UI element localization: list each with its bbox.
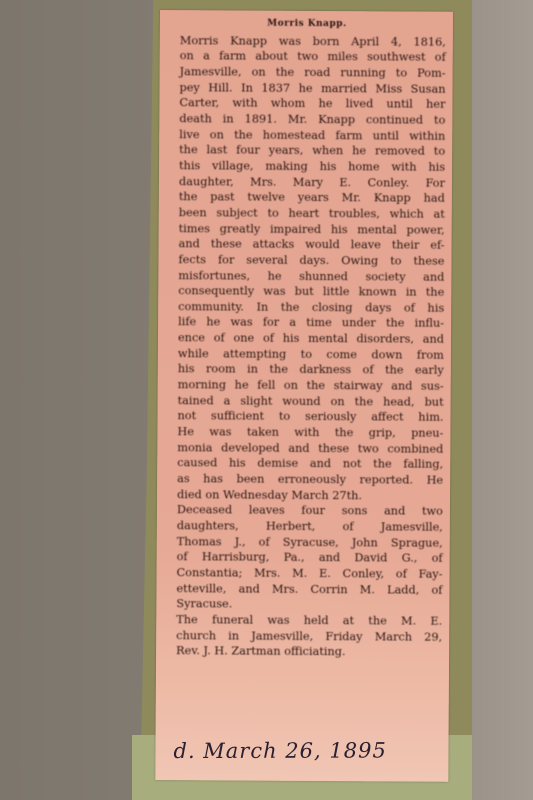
article-line: misfortunes, he shunned society and <box>166 268 444 285</box>
article-line: been subject to heart troubles, which at <box>167 205 445 222</box>
article-line: not sufficient to seriously affect him. <box>165 408 443 425</box>
background-wall-right <box>472 0 533 800</box>
article-line: caused his demise and not the falling, <box>165 455 443 472</box>
article-line: and these attacks would leave their ef- <box>167 236 445 253</box>
article-line: monia developed and these two combined <box>165 440 443 457</box>
article-line: church in Jamesville, Friday March 29, <box>164 628 442 645</box>
article-line: death in 1891. Mr. Knapp continued to <box>167 111 445 128</box>
article-line: life he was for a time under the influ- <box>166 315 444 332</box>
article-line: ence of one of his mental disorders, and <box>166 330 444 347</box>
article-line: tained a slight wound on the head, but <box>166 393 444 410</box>
article-line: morning he fell on the stairway and sus- <box>166 377 444 394</box>
article-line: of Harrisburg, Pa., and David G., of <box>165 549 443 566</box>
article-line: Morris Knapp was born April 4, 1816, <box>168 33 446 50</box>
article-line: times greatly impaired his mental power, <box>167 221 445 238</box>
article-line: Rev. J. H. Zartman officiating. <box>164 643 442 660</box>
paragraph-survivors: Deceased leaves four sons and twodaughte… <box>164 502 443 613</box>
paragraph-funeral: The funeral was held at the M. E.church … <box>164 612 442 661</box>
article-line: pey Hill. In 1837 he married Miss Susan <box>167 80 445 97</box>
article-line: died on Wednesday March 27th. <box>165 487 443 504</box>
article-line: his room in the darkness of the early <box>166 361 444 378</box>
article-line: live on the homestead farm until within <box>167 127 445 144</box>
article-line: Thomas J., of Syracuse, John Sprague, <box>165 534 443 551</box>
article-line: this village, making his home with his <box>167 158 445 175</box>
article-line: Syracuse. <box>164 596 442 613</box>
article-line: daughters, Herbert, of Jamesville, <box>165 518 443 535</box>
article-line: while attempting to come down from <box>166 346 444 363</box>
article-line: as has been erroneously reported. He <box>165 471 443 488</box>
article-line: The funeral was held at the M. E. <box>164 612 442 629</box>
headline: Morris Knapp. <box>168 16 446 33</box>
article-line: etteville, and Mrs. Corrin M. Ladd, of <box>164 581 442 598</box>
obituary-article: Morris Knapp. Morris Knapp was born Apri… <box>164 14 446 661</box>
article-line: He was taken with the grip, pneu- <box>165 424 443 441</box>
article-line: Constantia; Mrs. M. E. Conley, of Fay- <box>165 565 443 582</box>
newspaper-clipping: Morris Knapp. Morris Knapp was born Apri… <box>155 10 453 782</box>
paragraph-biography: Morris Knapp was born April 4, 1816,on a… <box>165 33 446 504</box>
article-line: the last four years, when he removed to <box>167 142 445 159</box>
article-line: Jamesville, on the road running to Pom- <box>168 64 446 81</box>
article-line: on a farm about two miles southwest of <box>168 48 446 65</box>
article-line: daughter, Mrs. Mary E. Conley. For <box>167 174 445 191</box>
article-line: Carter, with whom he lived until her <box>167 95 445 112</box>
article-line: the past twelve years Mr. Knapp had <box>167 189 445 206</box>
article-line: Deceased leaves four sons and two <box>165 502 443 519</box>
handwritten-death-date: d. March 26, 1895 <box>173 738 386 763</box>
article-line: fects for several days. Owing to these <box>166 252 444 269</box>
article-line: community. In the closing days of his <box>166 299 444 316</box>
article-line: consequently was but little known in the <box>166 283 444 300</box>
